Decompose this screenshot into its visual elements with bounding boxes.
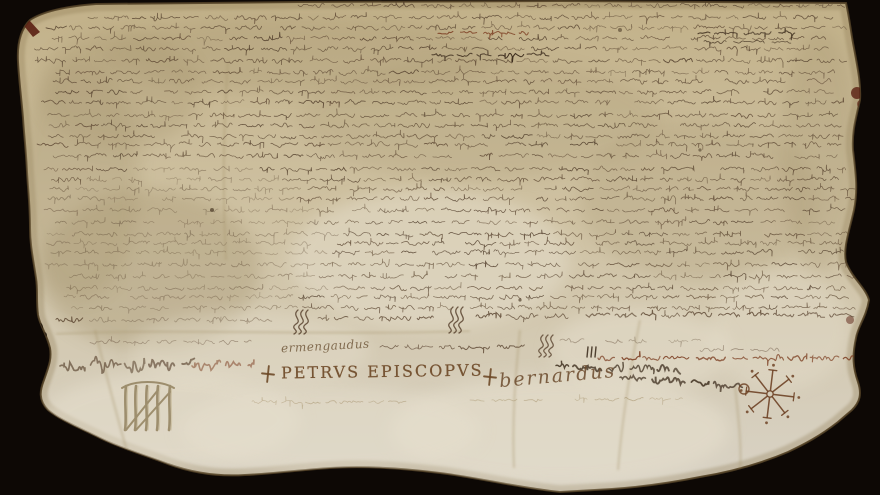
tironian-strokes-icon [595,347,596,357]
parchment-illustration [0,0,880,495]
tironian-strokes-icon [591,347,592,357]
tironian-strokes-icon [587,347,588,357]
parchment-photo: ermengaudus PETRVS EPISCOPVS bernardus [0,0,880,495]
